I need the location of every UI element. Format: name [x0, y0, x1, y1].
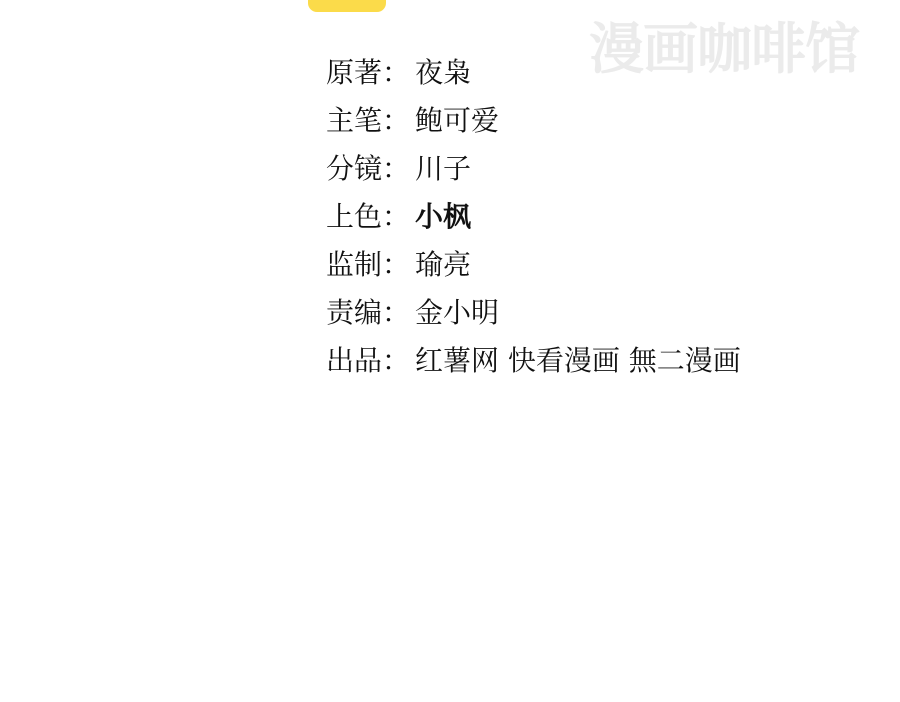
credit-coloring: 上色： 小枫 — [326, 191, 741, 239]
credit-value: 红薯网 快看漫画 無二漫画 — [415, 339, 741, 379]
credit-role-label: 原著： — [326, 51, 415, 91]
credit-editor: 责编： 金小明 — [326, 287, 741, 335]
credit-original-author: 原著： 夜枭 — [326, 47, 741, 95]
credit-supervisor: 监制： 瑜亮 — [326, 239, 741, 287]
credit-value: 夜枭 — [415, 51, 471, 91]
credit-role-label: 责编： — [326, 291, 415, 331]
credit-role-label: 主笔： — [326, 99, 415, 139]
credit-role-label: 上色： — [326, 195, 415, 235]
credit-role-label: 出品： — [326, 339, 415, 379]
credit-storyboard: 分镜： 川子 — [326, 143, 741, 191]
credit-publisher: 出品： 红薯网 快看漫画 無二漫画 — [326, 335, 741, 383]
credits-list: 原著： 夜枭 主笔： 鲍可爱 分镜： 川子 上色： 小枫 监制： 瑜亮 责编： … — [326, 47, 741, 383]
credit-value: 鲍可爱 — [415, 99, 499, 139]
credit-value: 瑜亮 — [415, 243, 471, 283]
credit-value: 金小明 — [415, 291, 499, 331]
credit-value: 小枫 — [415, 195, 471, 235]
credit-role-label: 分镜： — [326, 147, 415, 187]
credit-role-label: 监制： — [326, 243, 415, 283]
credit-value: 川子 — [415, 147, 471, 187]
credit-lead-artist: 主笔： 鲍可爱 — [326, 95, 741, 143]
top-yellow-tab — [308, 0, 386, 12]
